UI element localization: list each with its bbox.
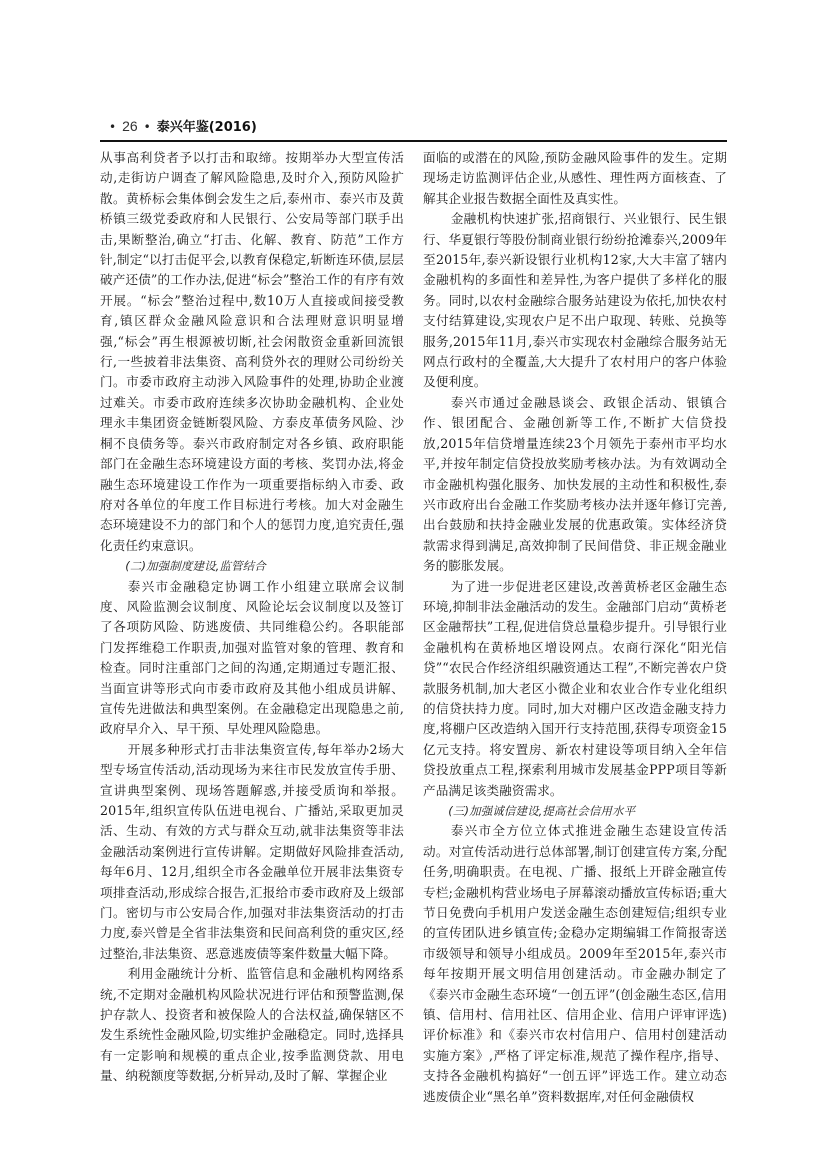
paragraph: 泰兴市金融稳定协调工作小组建立联席会议制度、风险监测会议制度、风险论坛会议制度以… bbox=[100, 577, 404, 740]
page-number: 26 bbox=[122, 118, 138, 134]
left-column: 从事高利贷者予以打击和取缔。按期举办大型宣传活动,走街访户调查了解风险隐患,及时… bbox=[100, 148, 404, 1087]
paragraph: 泰兴市通过金融恳谈会、政银企活动、银镇合作、银团配合、金融创新等工作,不断扩大信… bbox=[423, 393, 727, 577]
paragraph: 利用金融统计分析、监管信息和金融机构网络系统,不定期对金融机构风险状况进行评估和… bbox=[100, 964, 404, 1086]
section-heading: (二)加强制度建设,监管结合 bbox=[100, 556, 404, 576]
bullet-dot-icon: • bbox=[109, 120, 116, 134]
paragraph: 泰兴市全方位立体式推进金融生态建设宣传活动。对宣传活动进行总体部署,制订创建宣传… bbox=[423, 821, 727, 1107]
page-header: •26•泰兴年鉴(2016) bbox=[103, 116, 726, 140]
section-heading: (三)加强诚信建设,提高社会信用水平 bbox=[423, 801, 727, 821]
paragraph: 开展多种形式打击非法集资宣传,每年举办2场大型专场宣传活动,活动现场为来往市民发… bbox=[100, 740, 404, 964]
book-title: 泰兴年鉴(2016) bbox=[157, 120, 257, 135]
paragraph: 金融机构快速扩张,招商银行、兴业银行、民生银行、华夏银行等股份制商业银行纷纷抢滩… bbox=[423, 209, 727, 393]
paragraph: 面临的或潜在的风险,预防金融风险事件的发生。定期现场走访监测评估企业,从感性、理… bbox=[423, 148, 727, 209]
bullet-dot-icon: • bbox=[144, 120, 151, 134]
paragraph: 为了进一步促进老区建设,改善黄桥老区金融生态环境,抑制非法金融活动的发生。金融部… bbox=[423, 577, 727, 801]
header-rule bbox=[100, 140, 727, 142]
right-column: 面临的或潜在的风险,预防金融风险事件的发生。定期现场走访监测评估企业,从感性、理… bbox=[423, 148, 727, 1107]
paragraph: 从事高利贷者予以打击和取缔。按期举办大型宣传活动,走街访户调查了解风险隐患,及时… bbox=[100, 148, 404, 556]
